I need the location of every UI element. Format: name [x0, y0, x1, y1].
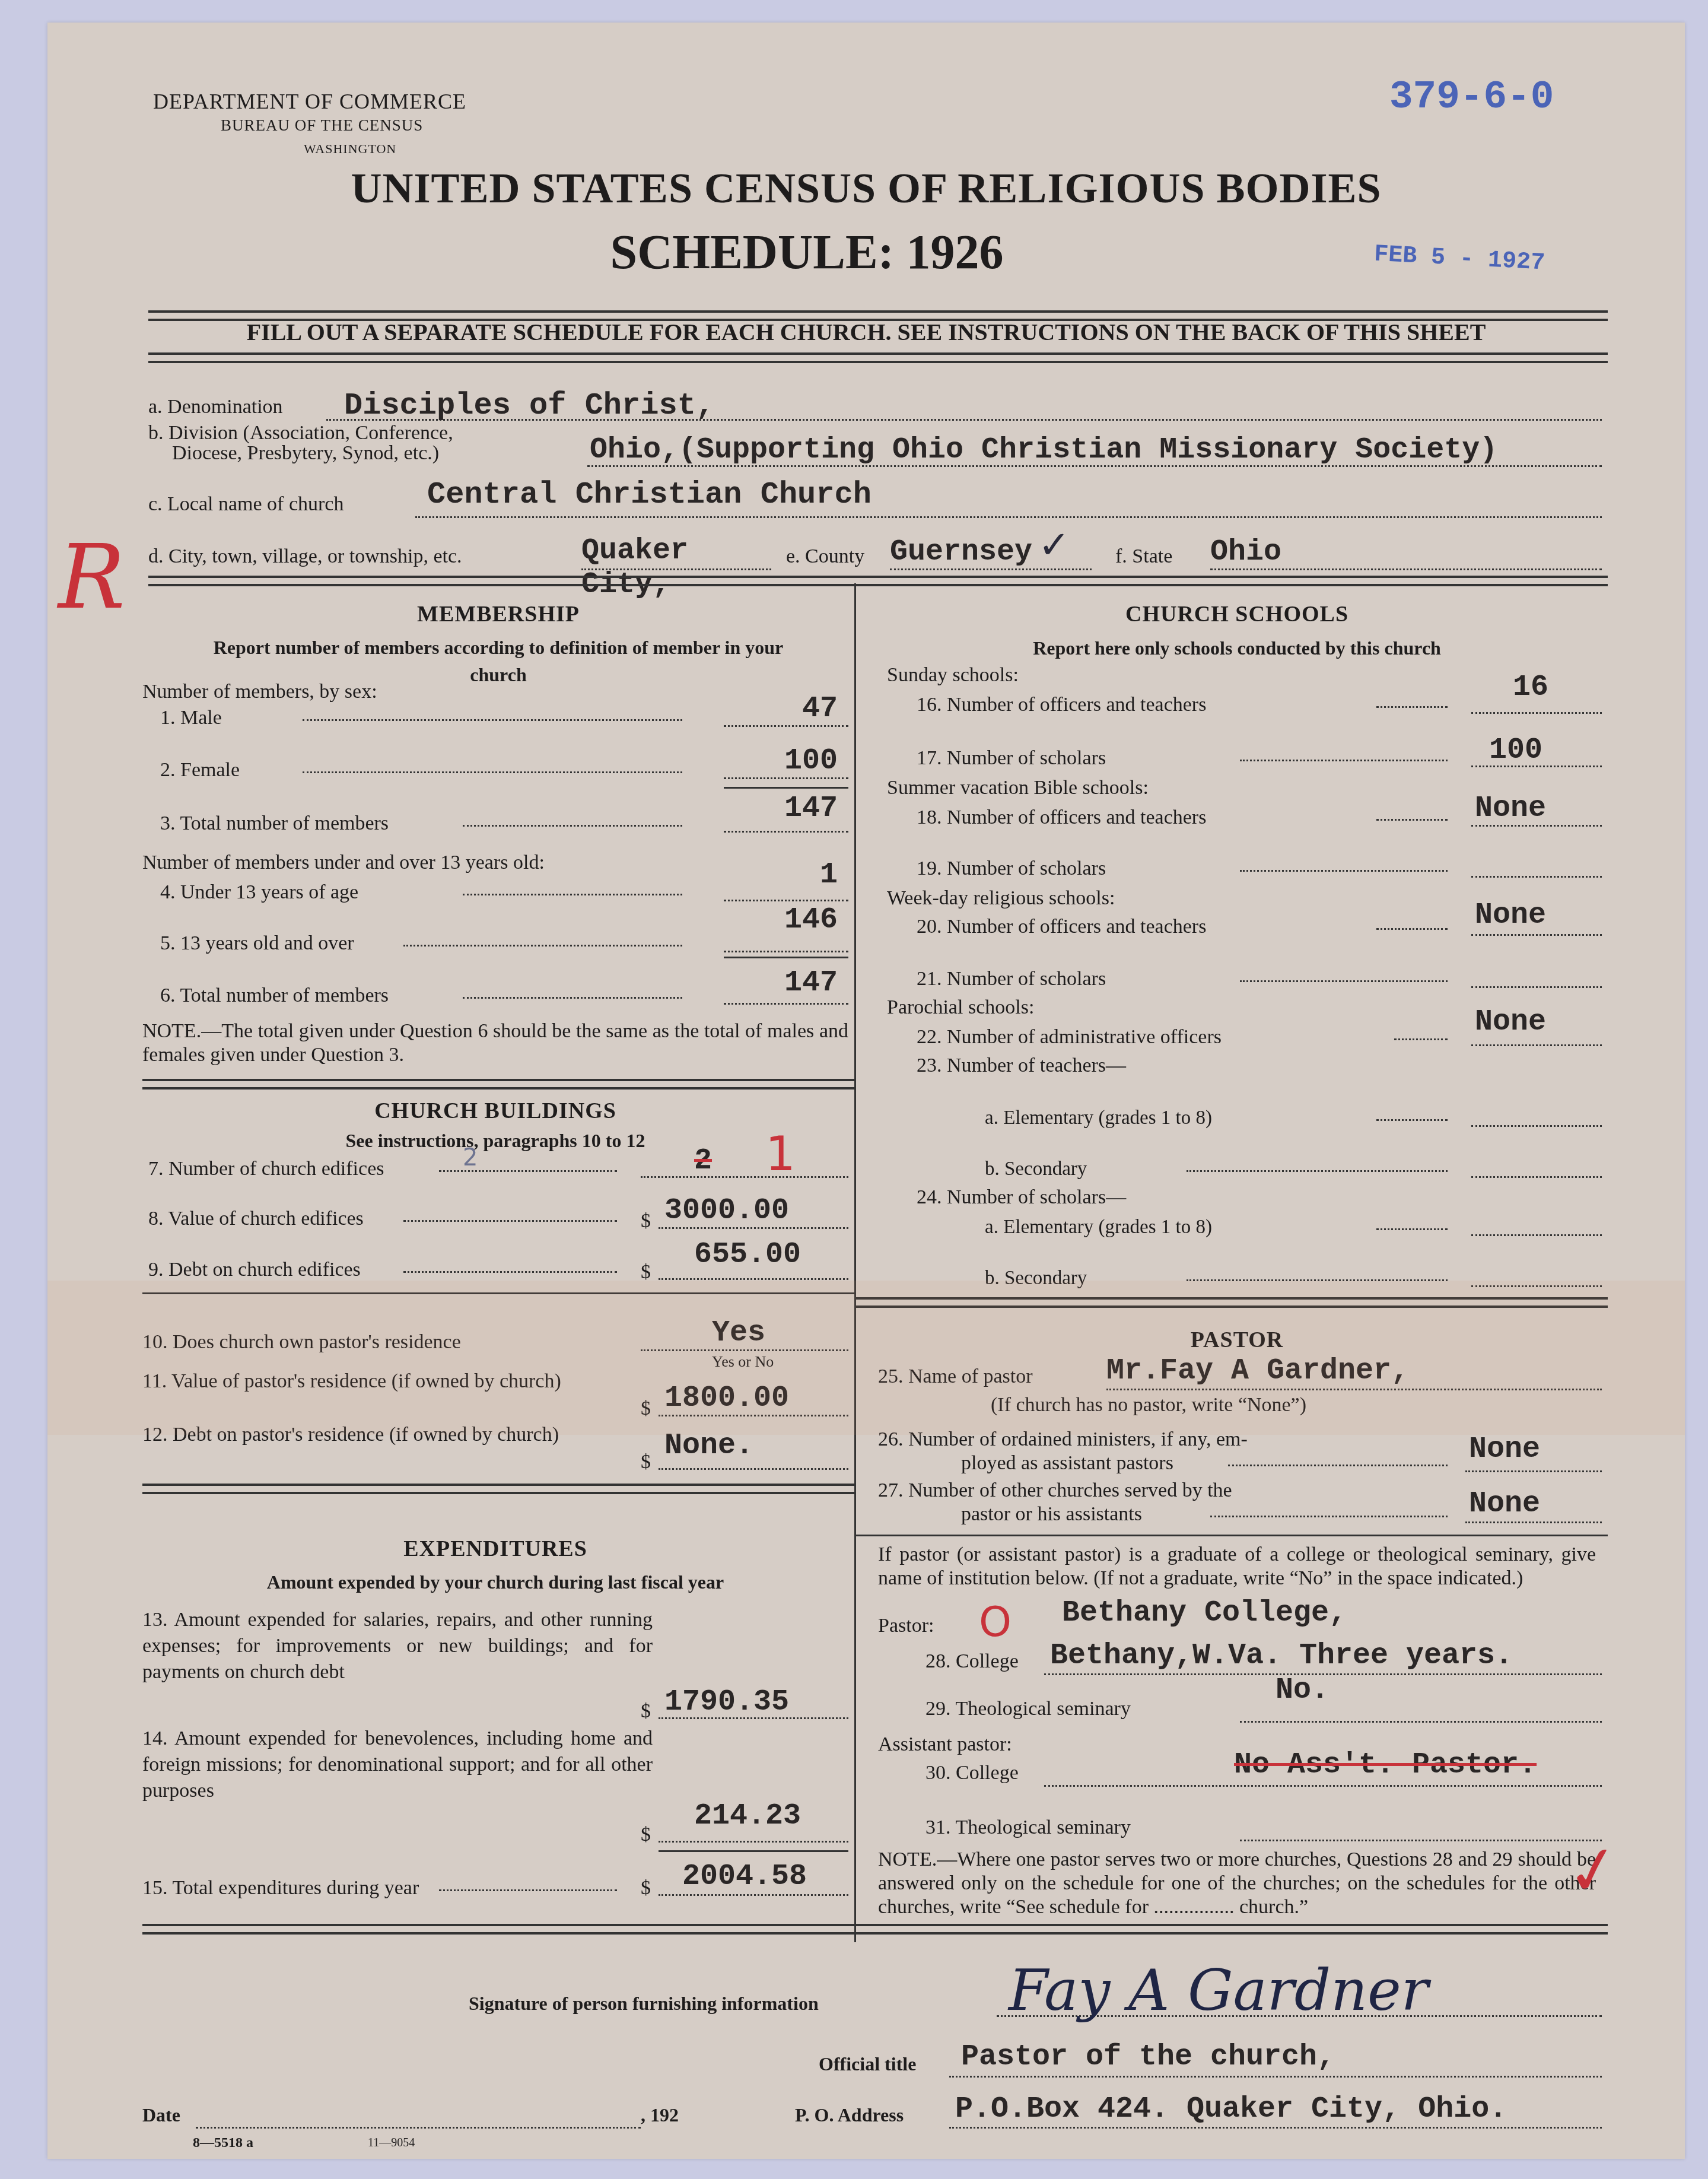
q14-label: 14. Amount expended for benevolences, in…: [142, 1726, 653, 1804]
form-title: UNITED STATES CENSUS OF RELIGIOUS BODIES: [47, 164, 1685, 213]
department-heading: DEPARTMENT OF COMMERCE: [153, 89, 466, 114]
q24-label: 24. Number of scholars—: [917, 1186, 1126, 1209]
q6-value: 147: [784, 966, 838, 1000]
q3-leader: [463, 825, 682, 827]
q2-female-field[interactable]: 100: [724, 754, 848, 779]
q23b-leader: [1187, 1170, 1448, 1172]
q19-leader: [1240, 870, 1448, 872]
signature-label: Signature of person furnishing informati…: [469, 1991, 819, 2015]
date-field[interactable]: [196, 2103, 641, 2129]
q7-correction: 1: [765, 1126, 796, 1181]
q13-value: 1790.35: [664, 1685, 789, 1719]
q7-label: 7. Number of church edifices: [148, 1157, 384, 1181]
q18-leader: [1376, 819, 1448, 821]
q16-value: 16: [1513, 671, 1548, 704]
schools-rule: [854, 1297, 1608, 1308]
date-year-suffix: , 192: [641, 2103, 679, 2127]
q23a-label: a. Elementary (grades 1 to 8): [985, 1106, 1212, 1130]
q26-leader: [1228, 1465, 1448, 1466]
q30-value: No Ass't. Pastor.: [1234, 1748, 1537, 1782]
dollar-sign: $: [641, 1823, 651, 1847]
q6-label: 6. Total number of members: [160, 984, 389, 1008]
denomination-label: a. Denomination: [148, 395, 283, 419]
red-circle-mark: O: [979, 1597, 1012, 1646]
q23-label: 23. Number of teachers—: [917, 1054, 1126, 1078]
by-age-label: Number of members under and over 13 year…: [142, 851, 545, 875]
division-label-2: Diocese, Presbytery, Synod, etc.): [172, 441, 439, 465]
file-number-stamp: 379-6-0: [1389, 75, 1554, 119]
schedule-year: SCHEDULE: 1926: [47, 224, 1566, 280]
q28-value: Bethany,W.Va. Three years.: [1050, 1639, 1513, 1673]
q5-value: 146: [784, 903, 838, 937]
q4-leader: [463, 894, 682, 895]
q26-field[interactable]: None: [1465, 1447, 1602, 1472]
q7-value: 2: [694, 1144, 712, 1178]
q24b-field[interactable]: [1471, 1262, 1602, 1287]
address-field[interactable]: P.O.Box 424. Quaker City, Ohio.: [949, 2103, 1602, 2129]
q23b-field[interactable]: [1471, 1152, 1602, 1178]
state-field[interactable]: Ohio: [1210, 545, 1602, 570]
q4-value: 1: [820, 858, 838, 892]
q22-value: None: [1475, 1005, 1546, 1039]
pastor-heading: PASTOR: [866, 1327, 1608, 1353]
q16-field[interactable]: 16: [1471, 688, 1602, 714]
q26-value: None: [1469, 1432, 1540, 1466]
address-value: P.O.Box 424. Quaker City, Ohio.: [955, 2092, 1507, 2126]
q9-value: 655.00: [694, 1238, 801, 1272]
q31-label: 31. Theological seminary: [925, 1816, 1131, 1840]
summer-schools-label: Summer vacation Bible schools:: [887, 776, 1149, 800]
q27-value: None: [1469, 1487, 1540, 1521]
assistant-pastor-label: Assistant pastor:: [878, 1733, 1012, 1756]
local-name-label: c. Local name of church: [148, 493, 343, 516]
q20-field[interactable]: None: [1471, 910, 1602, 936]
q11-value: 1800.00: [664, 1381, 789, 1415]
q17-field[interactable]: 100: [1471, 742, 1602, 767]
q22-field[interactable]: None: [1471, 1021, 1602, 1046]
education-intro: If pastor (or assistant pastor) is a gra…: [878, 1543, 1596, 1590]
q10-residence-field[interactable]: Yes: [641, 1326, 848, 1351]
dollar-sign: $: [641, 1397, 651, 1421]
q21-leader: [1240, 980, 1448, 982]
yes-no-hint: Yes or No: [712, 1353, 774, 1371]
q25-pastor-name-field[interactable]: Mr.Fay A Gardner,: [1106, 1365, 1602, 1390]
q17-leader: [1240, 760, 1448, 761]
q25-label: 25. Name of pastor: [878, 1365, 1033, 1389]
state-value: Ohio: [1210, 535, 1281, 569]
q24a-label: a. Elementary (grades 1 to 8): [985, 1215, 1212, 1239]
red-margin-mark: R: [58, 533, 125, 622]
sunday-schools-label: Sunday schools:: [887, 663, 1019, 687]
q8-label: 8. Value of church edifices: [148, 1207, 364, 1231]
q13-running-expenses-field[interactable]: 1790.35: [659, 1694, 848, 1719]
church-schools-subtitle: Report here only schools conducted by th…: [866, 637, 1608, 659]
q30-college-field[interactable]: No Ass't. Pastor.: [1044, 1761, 1602, 1787]
local-name-value: Central Christian Church: [427, 477, 872, 512]
q1-value: 47: [802, 692, 838, 726]
check-mark-icon: ✓: [1038, 523, 1070, 567]
q7-edifices-field[interactable]: 2 1: [641, 1152, 848, 1178]
q2-value: 100: [784, 744, 838, 778]
q21-field[interactable]: [1471, 963, 1602, 988]
by-sex-label: Number of members, by sex:: [142, 680, 377, 704]
pastor-note: NOTE.—Where one pastor serves two or mor…: [878, 1848, 1596, 1919]
q19-label: 19. Number of scholars: [917, 857, 1106, 881]
official-title-field[interactable]: Pastor of the church,: [949, 2052, 1602, 2078]
q10-label: 10. Does church own pastor's residence: [142, 1330, 461, 1354]
q7-leader: 2: [439, 1170, 617, 1172]
q24a-leader: [1376, 1228, 1448, 1230]
dollar-sign: $: [641, 1450, 651, 1474]
q28-value-line1: Bethany College,: [1062, 1596, 1347, 1630]
q15-total-field[interactable]: 2004.58: [659, 1870, 848, 1896]
q8-value: 3000.00: [664, 1194, 789, 1228]
address-label: P. O. Address: [795, 2103, 904, 2127]
pastor-rule: [854, 1535, 1608, 1536]
q20-leader: [1376, 928, 1448, 930]
q1-leader: [303, 719, 682, 721]
column-divider: [854, 583, 856, 1942]
q18-field[interactable]: None: [1471, 801, 1602, 827]
q27-label-1: 27. Number of other churches served by t…: [878, 1479, 1232, 1503]
form-number: 8—5518 a: [193, 2135, 253, 2151]
q15-value: 2004.58: [682, 1860, 807, 1894]
q10-value: Yes: [712, 1316, 765, 1350]
sum-rule-2: [724, 957, 848, 958]
q1-label: 1. Male: [160, 706, 222, 730]
q17-value: 100: [1489, 733, 1542, 767]
q8-value-field[interactable]: 3000.00: [659, 1203, 848, 1229]
date-label: Date: [142, 2103, 180, 2127]
q11-value-field[interactable]: 1800.00: [659, 1391, 848, 1416]
county-label: e. County: [786, 545, 864, 568]
q29-seminary-field[interactable]: No.: [1240, 1697, 1602, 1723]
expenditures-subtitle: Amount expended by your church during la…: [142, 1571, 848, 1593]
q14-benevolences-field[interactable]: 214.23: [659, 1817, 848, 1843]
division-field[interactable]: Ohio,(Supporting Ohio Christian Missiona…: [587, 441, 1602, 467]
q30-label: 30. College: [925, 1761, 1019, 1785]
q19-field[interactable]: [1471, 852, 1602, 878]
q4-label: 4. Under 13 years of age: [160, 881, 358, 904]
instruction-banner: FILL OUT A SEPARATE SCHEDULE FOR EACH CH…: [148, 318, 1584, 346]
bureau-heading: BUREAU OF THE CENSUS: [221, 116, 423, 135]
q25-hint: (If church has no pastor, write “None”): [991, 1393, 1306, 1417]
q7-pencil-value: 2: [463, 1144, 478, 1171]
q29-label: 29. Theological seminary: [925, 1697, 1131, 1721]
dollar-sign: $: [641, 1876, 651, 1900]
q1-male-field[interactable]: 47: [724, 701, 848, 727]
buildings-subtitle: See instructions, paragraphs 10 to 12: [142, 1130, 848, 1152]
q14-value: 214.23: [694, 1799, 801, 1833]
q16-label: 16. Number of officers and teachers: [917, 693, 1206, 717]
q11-label: 11. Value of pastor's residence (if owne…: [142, 1370, 653, 1393]
q28-college-field[interactable]: Bethany,W.Va. Three years.: [1044, 1650, 1602, 1675]
sum-rule-3: [659, 1850, 848, 1852]
membership-rule: [142, 1079, 854, 1089]
q15-label: 15. Total expenditures during year: [142, 1876, 419, 1900]
q6-total-field[interactable]: 147: [724, 979, 848, 1005]
pastor-education-label: Pastor:: [878, 1614, 934, 1638]
q31-seminary-field[interactable]: [1240, 1816, 1602, 1841]
division-value: Ohio,(Supporting Ohio Christian Missiona…: [590, 433, 1497, 467]
city-value: Quaker City,: [581, 534, 771, 602]
q5-over13-field[interactable]: 146: [724, 927, 848, 952]
q15-leader: [439, 1889, 617, 1891]
q9-label: 9. Debt on church edifices: [148, 1258, 361, 1282]
q6-leader: [463, 997, 682, 999]
signature-value: Fay A Gardner: [1009, 1957, 1429, 2024]
census-schedule-sheet: DEPARTMENT OF COMMERCE BUREAU OF THE CEN…: [47, 23, 1685, 2159]
buildings-heading: CHURCH BUILDINGS: [142, 1098, 848, 1124]
q3-label: 3. Total number of members: [160, 812, 389, 836]
sum-rule: [724, 787, 848, 789]
dollar-sign: $: [641, 1700, 651, 1723]
q3-total-field[interactable]: 147: [724, 807, 848, 833]
q26-label-1: 26. Number of ordained ministers, if any…: [878, 1428, 1248, 1451]
q23a-field[interactable]: [1471, 1101, 1602, 1127]
denomination-value: Disciples of Christ,: [344, 388, 714, 423]
q22-label: 22. Number of administrative officers: [917, 1025, 1222, 1049]
q3-value: 147: [784, 792, 838, 825]
q16-leader: [1376, 706, 1448, 708]
city-field[interactable]: Quaker City,: [581, 545, 771, 570]
q20-value: None: [1475, 898, 1546, 932]
q20-label: 20. Number of officers and teachers: [917, 915, 1206, 939]
q23a-leader: [1376, 1119, 1448, 1121]
signature-field[interactable]: Fay A Gardner: [997, 1991, 1602, 2017]
county-value: Guernsey: [890, 535, 1032, 569]
q24b-label: b. Secondary: [985, 1266, 1087, 1290]
membership-heading: MEMBERSHIP: [148, 601, 848, 627]
q27-label-2: pastor or his assistants: [961, 1503, 1142, 1526]
denomination-field[interactable]: Disciples of Christ,: [326, 395, 1602, 421]
weekday-schools-label: Week-day religious schools:: [887, 887, 1115, 910]
q5-leader: [403, 945, 682, 946]
q24a-field[interactable]: [1471, 1211, 1602, 1236]
q18-value: None: [1475, 792, 1546, 825]
washington-heading: WASHINGTON: [304, 141, 396, 157]
q26-label-2: ployed as assistant pastors: [961, 1451, 1173, 1475]
q8-leader: [403, 1220, 617, 1222]
membership-note: NOTE.—The total given under Question 6 s…: [142, 1019, 848, 1067]
q4-under13-field[interactable]: 1: [724, 876, 848, 901]
expenditures-heading: EXPENDITURES: [142, 1536, 848, 1562]
q24b-leader: [1187, 1279, 1448, 1281]
county-field[interactable]: Guernsey ✓: [890, 545, 1092, 570]
q2-label: 2. Female: [160, 758, 240, 782]
q13-label: 13. Amount expended for salaries, repair…: [142, 1607, 653, 1685]
q18-label: 18. Number of officers and teachers: [917, 806, 1206, 830]
q27-leader: [1210, 1516, 1448, 1517]
church-schools-heading: CHURCH SCHOOLS: [866, 601, 1608, 627]
q28-label: 28. College: [925, 1650, 1019, 1673]
q27-field[interactable]: None: [1465, 1498, 1602, 1523]
buildings-rule: [142, 1292, 854, 1294]
city-label: d. City, town, village, or township, etc…: [148, 545, 462, 568]
print-number: 11—9054: [368, 2136, 415, 2150]
q12-debt-field[interactable]: None.: [659, 1444, 848, 1470]
q17-label: 17. Number of scholars: [917, 747, 1106, 770]
buildings-rule-bottom: [142, 1484, 854, 1494]
dollar-sign: $: [641, 1260, 651, 1284]
q2-leader: [303, 771, 682, 773]
q23b-label: b. Secondary: [985, 1157, 1087, 1181]
q12-value: None.: [664, 1429, 753, 1463]
q5-label: 5. 13 years old and over: [160, 932, 354, 955]
official-title-label: Official title: [819, 2052, 916, 2076]
identity-rule: [148, 576, 1608, 586]
q9-leader: [403, 1271, 617, 1273]
q25-value: Mr.Fay A Gardner,: [1106, 1354, 1409, 1388]
parochial-schools-label: Parochial schools:: [887, 996, 1034, 1019]
expenditures-rule: [142, 1924, 1608, 1935]
q29-value: No.: [1276, 1673, 1329, 1707]
official-title-value: Pastor of the church,: [961, 2040, 1335, 2074]
q21-label: 21. Number of scholars: [917, 967, 1106, 991]
local-name-field[interactable]: Central Christian Church: [415, 493, 1602, 518]
state-label: f. State: [1115, 545, 1172, 568]
dollar-sign: $: [641, 1209, 651, 1233]
header-rule-bottom: [148, 352, 1608, 363]
q12-label: 12. Debt on pastor's residence (if owned…: [142, 1423, 653, 1447]
q9-debt-field[interactable]: 655.00: [659, 1254, 848, 1280]
q22-leader: [1394, 1038, 1448, 1040]
